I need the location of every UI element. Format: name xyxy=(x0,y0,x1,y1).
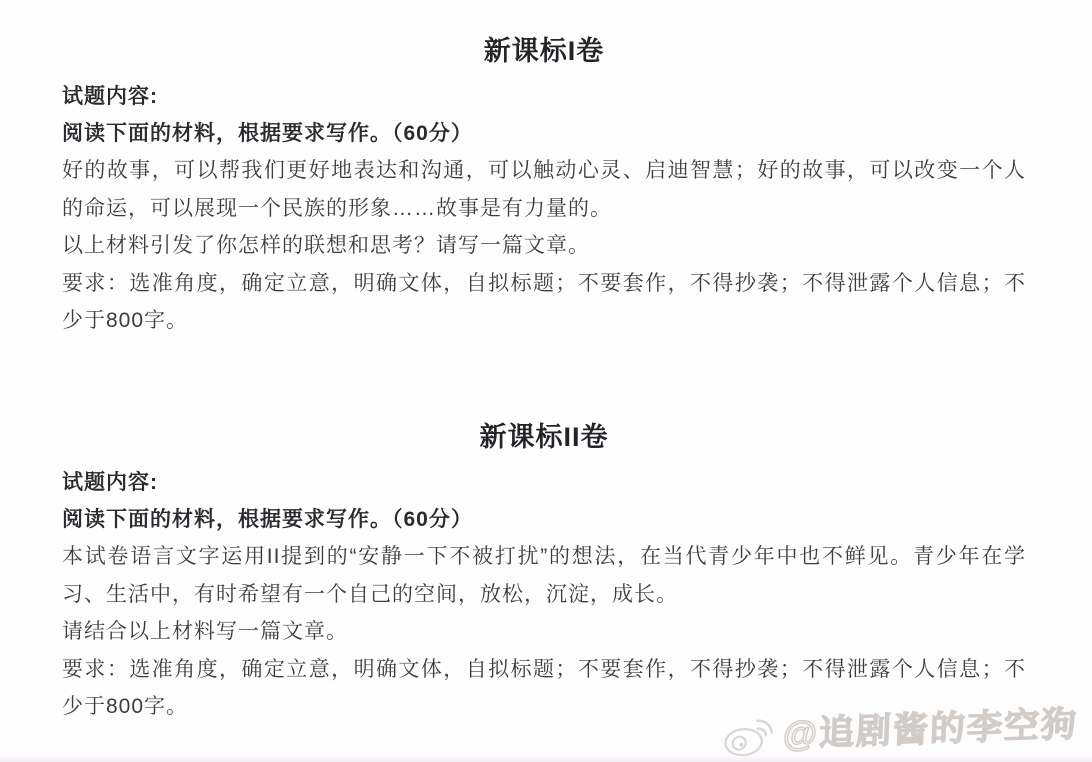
exam-section-paper-2: 新课标II卷 试题内容: 阅读下面的材料，根据要求写作。（60分） 本试卷语言文… xyxy=(62,420,1026,726)
section-title: 新课标II卷 xyxy=(62,420,1026,464)
writing-instruction: 阅读下面的材料，根据要求写作。（60分） xyxy=(62,115,1026,152)
material-paragraph: 本试卷语言文字运用II提到的“安静一下不被打扰”的想法，在当代青少年中也不鲜见。… xyxy=(62,538,1026,613)
prompt-paragraph: 请结合以上材料写一篇文章。 xyxy=(62,613,1026,651)
exam-section-paper-1: 新课标I卷 试题内容: 阅读下面的材料，根据要求写作。（60分） 好的故事，可以… xyxy=(62,34,1026,340)
writing-instruction: 阅读下面的材料，根据要求写作。（60分） xyxy=(62,501,1026,538)
exam-paper-page: 新课标I卷 试题内容: 阅读下面的材料，根据要求写作。（60分） 好的故事，可以… xyxy=(0,0,1092,762)
prompt-paragraph: 以上材料引发了你怎样的联想和思考？请写一篇文章。 xyxy=(62,227,1026,265)
content-label: 试题内容: xyxy=(62,78,1026,115)
bottom-edge-shade xyxy=(0,754,1092,762)
content-label: 试题内容: xyxy=(62,464,1026,501)
requirements-paragraph: 要求：选准角度，确定立意，明确文体，自拟标题；不要套作，不得抄袭；不得泄露个人信… xyxy=(62,265,1026,340)
section-title: 新课标I卷 xyxy=(62,34,1026,78)
requirements-paragraph: 要求：选准角度，确定立意，明确文体，自拟标题；不要套作，不得抄袭；不得泄露个人信… xyxy=(62,651,1026,726)
material-paragraph: 好的故事，可以帮我们更好地表达和沟通，可以触动心灵、启迪智慧；好的故事，可以改变… xyxy=(62,152,1026,227)
